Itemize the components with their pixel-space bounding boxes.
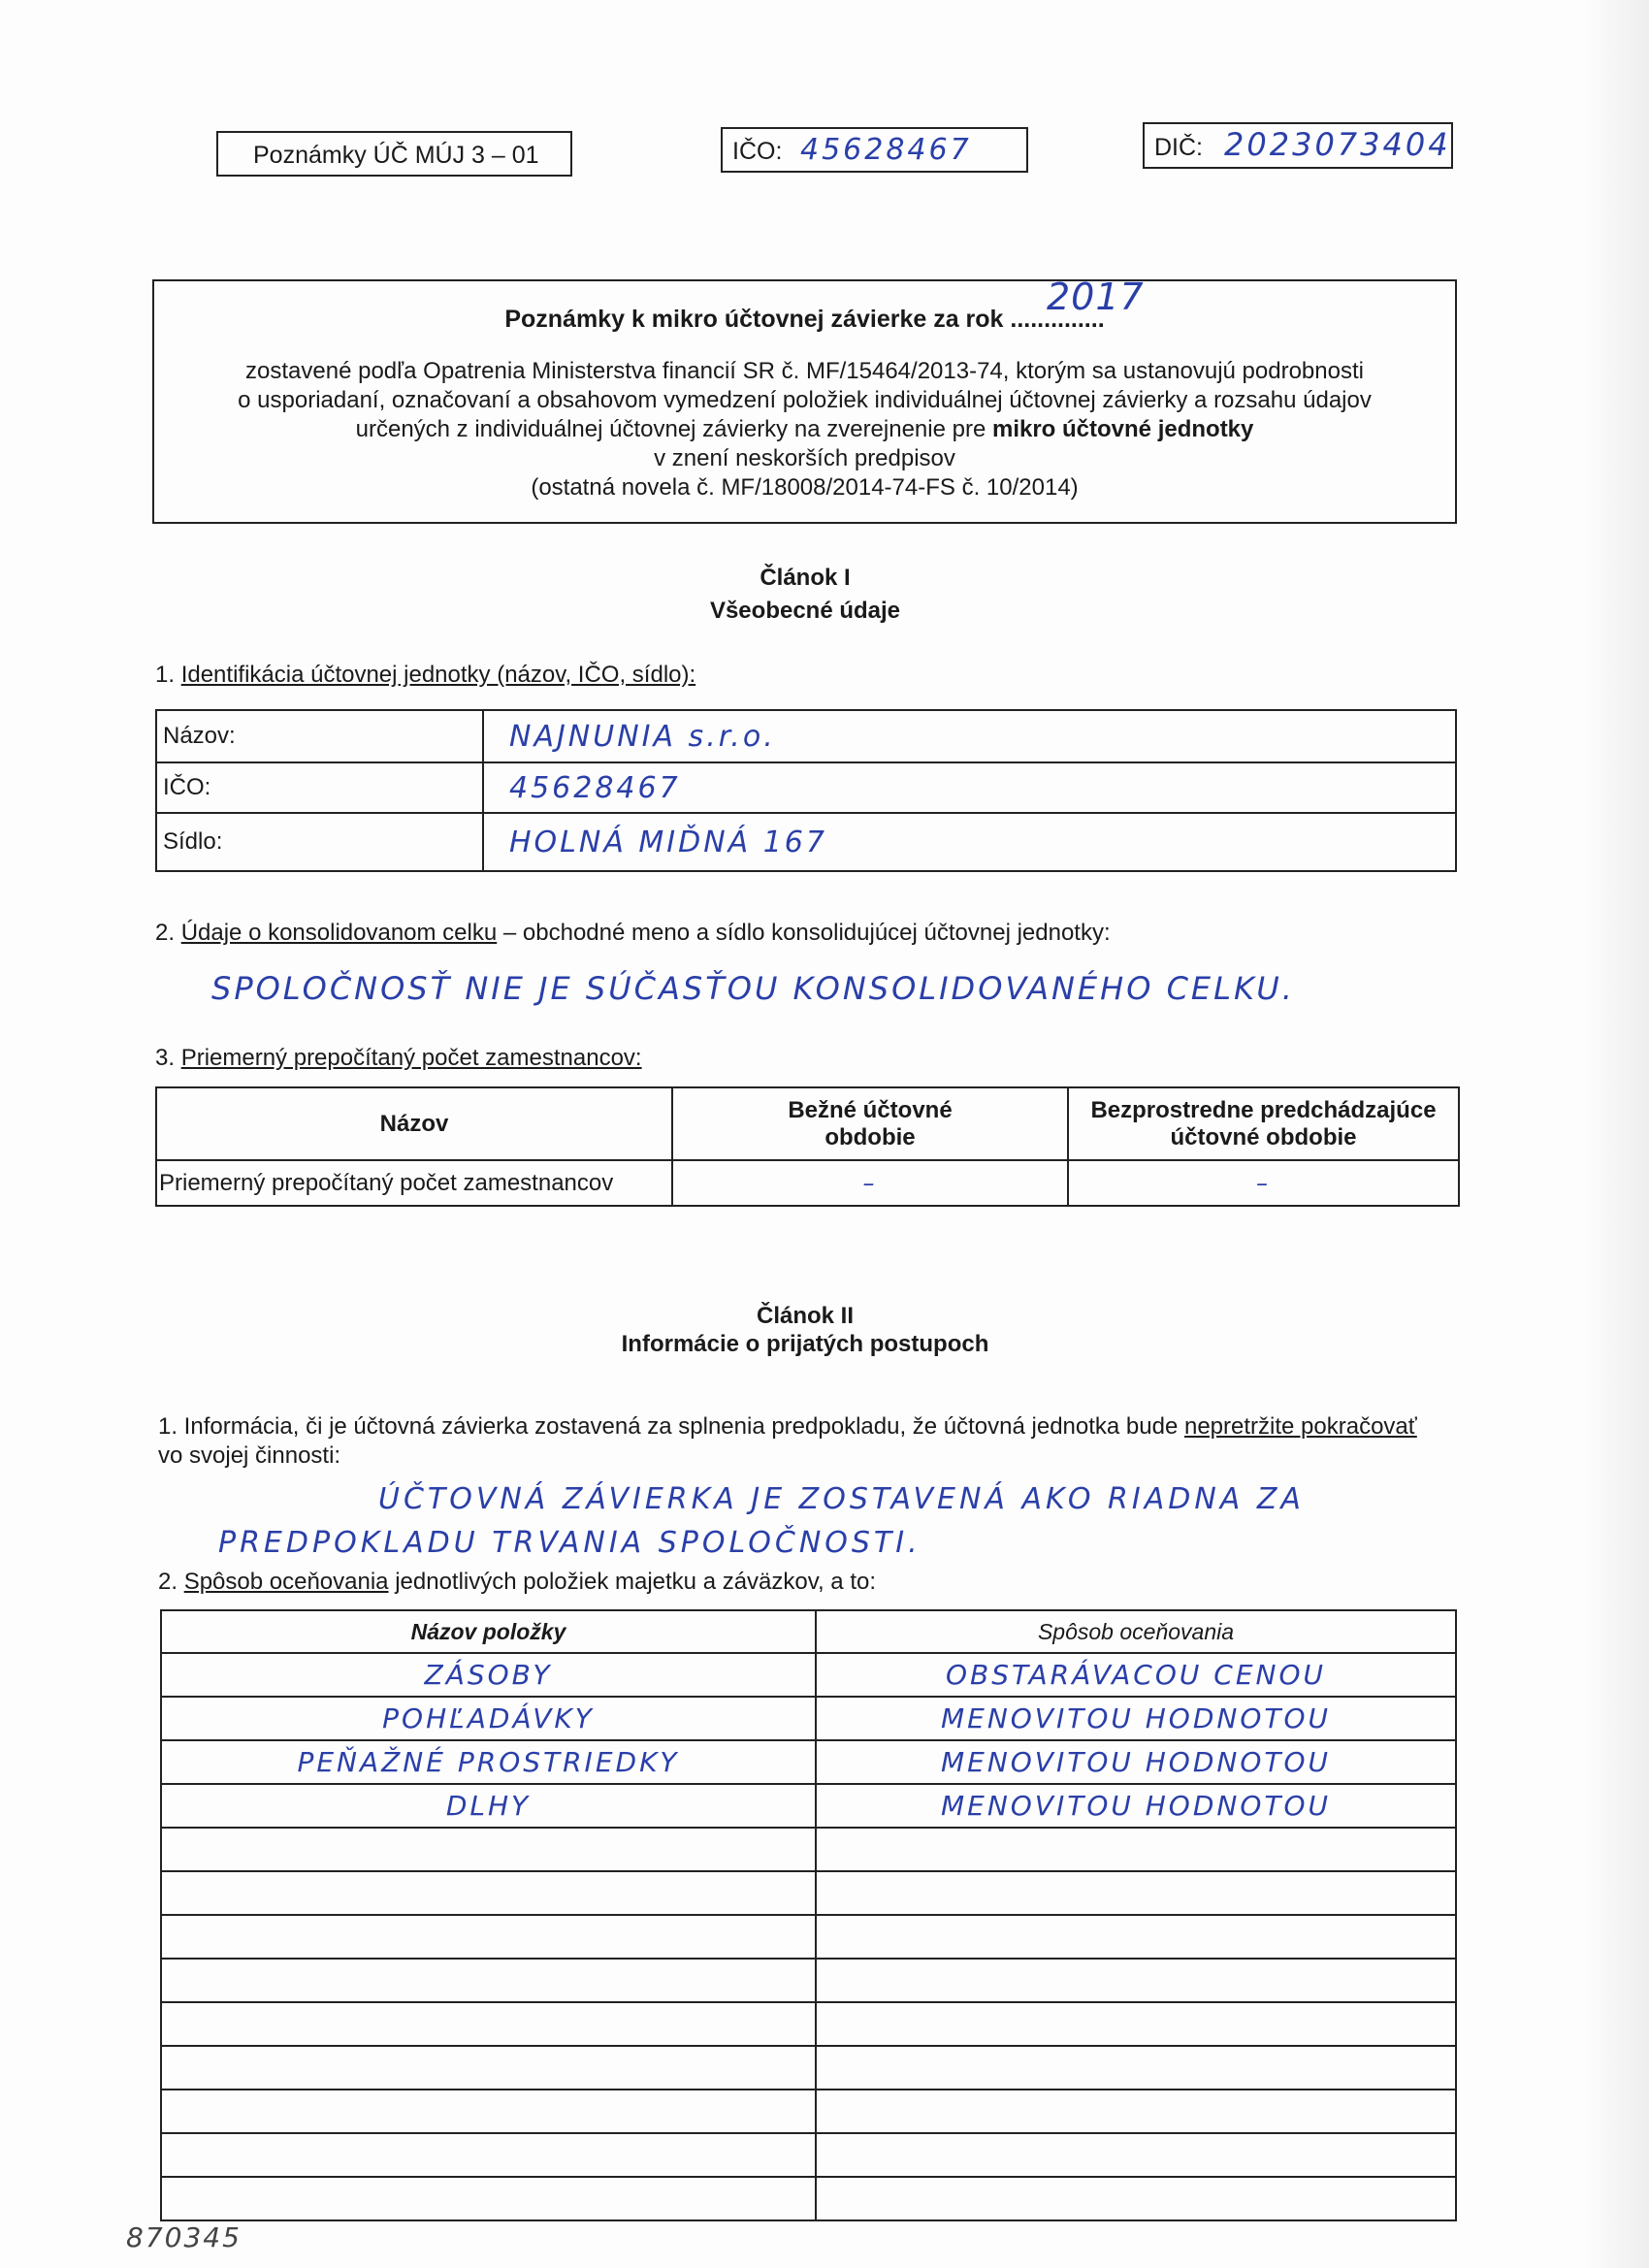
consolidation-answer: SPOLOČNOSŤ NIE JE SÚČASŤOU KONSOLIDOVANÉ… <box>211 970 1295 1007</box>
item-name-cell: DLHY <box>161 1784 816 1828</box>
form-code: Poznámky ÚČ MÚJ 3 – 01 <box>253 142 539 170</box>
seat-value: HOLNÁ MIĎNÁ 167 <box>483 813 1456 871</box>
item3-heading: 3. Priemerný prepočítaný počet zamestnan… <box>155 1045 642 1072</box>
employees-row-label: Priemerný prepočítaný počet zamestnancov <box>156 1160 672 1206</box>
ico-box: IČO: 45628467 <box>721 127 1028 173</box>
legal-basis-line2: o usporiadaní, označovaní a obsahovom vy… <box>154 386 1455 415</box>
dic-value: 2023073404 <box>1224 126 1451 163</box>
article1-subtitle: Všeobecné údaje <box>0 598 1630 625</box>
valuation-method-cell <box>816 2177 1456 2220</box>
col-header-item: Názov položky <box>161 1610 816 1653</box>
item-name-cell: PEŇAŽNÉ PROSTRIEDKY <box>161 1740 816 1784</box>
name-label: Názov: <box>156 710 483 762</box>
item-name-cell: POHĽADÁVKY <box>161 1697 816 1740</box>
table-row <box>161 2002 1456 2046</box>
legal-basis-line5: (ostatná novela č. MF/18008/2014-74-FS č… <box>154 473 1455 502</box>
seat-label: Sídlo: <box>156 813 483 871</box>
valuation-method-cell <box>816 2090 1456 2133</box>
item-name-cell <box>161 2002 816 2046</box>
table-row: Priemerný prepočítaný počet zamestnancov… <box>156 1160 1459 1206</box>
table-row: Sídlo: HOLNÁ MIĎNÁ 167 <box>156 813 1456 871</box>
employees-table: Názov Bežné účtovné obdobie Bezprostredn… <box>155 1086 1460 1207</box>
col-header-name: Názov <box>156 1087 672 1160</box>
col-header-current: Bežné účtovné obdobie <box>672 1087 1068 1160</box>
table-row: DLHYMENOVITOU HODNOTOU <box>161 1784 1456 1828</box>
table-row <box>161 2046 1456 2090</box>
ico-row-label: IČO: <box>156 762 483 813</box>
article2-title: Článok II <box>0 1303 1630 1330</box>
notes-heading: Poznámky k mikro účtovnej závierke za ro… <box>154 305 1455 334</box>
col-header-method: Spôsob oceňovania <box>816 1610 1456 1653</box>
table-row: POHĽADÁVKYMENOVITOU HODNOTOU <box>161 1697 1456 1740</box>
valuation-method-cell <box>816 1915 1456 1959</box>
table-row: PEŇAŽNÉ PROSTRIEDKYMENOVITOU HODNOTOU <box>161 1740 1456 1784</box>
scan-edge-shadow <box>1581 0 1649 2268</box>
table-header-row: Názov Bežné účtovné obdobie Bezprostredn… <box>156 1087 1459 1160</box>
item-name-cell <box>161 1959 816 2002</box>
item1-heading: 1. Identifikácia účtovnej jednotky (názo… <box>155 662 695 689</box>
employees-current-value: – <box>672 1160 1068 1206</box>
valuation-method-cell <box>816 1871 1456 1915</box>
item-name-cell <box>161 2133 816 2177</box>
going-concern-question: 1. Informácia, či je účtovná závierka zo… <box>158 1412 1477 1471</box>
ico-label: IČO: <box>732 138 782 166</box>
identification-table: Názov: NAJNUNIA s.r.o. IČO: 45628467 Síd… <box>155 709 1457 872</box>
table-header-row: Názov položky Spôsob oceňovania <box>161 1610 1456 1653</box>
name-value: NAJNUNIA s.r.o. <box>483 710 1456 762</box>
going-concern-answer-line1: ÚČTOVNÁ ZÁVIERKA JE ZOSTAVENÁ AKO RIADNA… <box>378 1482 1305 1516</box>
handwritten-footer-number: 870345 <box>126 2221 242 2253</box>
table-row: ZÁSOBYOBSTARÁVACOU CENOU <box>161 1653 1456 1697</box>
article2-subtitle: Informácie o prijatých postupoch <box>0 1331 1630 1358</box>
item-name-cell <box>161 2090 816 2133</box>
dic-label: DIČ: <box>1154 134 1203 162</box>
table-row <box>161 1871 1456 1915</box>
legal-basis-line4: v znení neskorších predpisov <box>154 444 1455 473</box>
valuation-method-cell <box>816 2133 1456 2177</box>
table-row <box>161 1828 1456 1871</box>
legal-basis-line3: určených z individuálnej účtovnej závier… <box>154 415 1455 444</box>
item-name-cell: ZÁSOBY <box>161 1653 816 1697</box>
item-name-cell <box>161 1915 816 1959</box>
table-row <box>161 1915 1456 1959</box>
legal-basis-line1: zostavené podľa Opatrenia Ministerstva f… <box>154 357 1455 386</box>
valuation-method-cell <box>816 1959 1456 2002</box>
employees-previous-value: – <box>1068 1160 1459 1206</box>
col-header-previous: Bezprostredne predchádzajúce účtovné obd… <box>1068 1087 1459 1160</box>
item-name-cell <box>161 2046 816 2090</box>
ico-value: 45628467 <box>800 133 972 167</box>
item-name-cell <box>161 1871 816 1915</box>
table-row <box>161 2177 1456 2220</box>
valuation-method-cell <box>816 2002 1456 2046</box>
title-box: Poznámky k mikro účtovnej závierke za ro… <box>152 279 1457 524</box>
valuation-heading: 2. Spôsob oceňovania jednotlivých položi… <box>158 1569 876 1596</box>
table-row <box>161 1959 1456 2002</box>
valuation-method-cell <box>816 2046 1456 2090</box>
form-code-box: Poznámky ÚČ MÚJ 3 – 01 <box>216 131 572 177</box>
ico-row-value: 45628467 <box>483 762 1456 813</box>
going-concern-answer-line2: PREDPOKLADU TRVANIA SPOLOČNOSTI. <box>218 1526 921 1560</box>
valuation-method-cell: MENOVITOU HODNOTOU <box>816 1697 1456 1740</box>
valuation-table: Názov položky Spôsob oceňovania ZÁSOBYOB… <box>160 1609 1457 2221</box>
table-row: IČO: 45628467 <box>156 762 1456 813</box>
dic-box: DIČ: 2023073404 <box>1143 122 1453 169</box>
table-row: Názov: NAJNUNIA s.r.o. <box>156 710 1456 762</box>
item2-heading: 2. Údaje o konsolidovanom celku – obchod… <box>155 920 1111 947</box>
item-name-cell <box>161 2177 816 2220</box>
valuation-method-cell: OBSTARÁVACOU CENOU <box>816 1653 1456 1697</box>
valuation-method-cell: MENOVITOU HODNOTOU <box>816 1740 1456 1784</box>
article1-title: Článok I <box>0 565 1630 592</box>
item-name-cell <box>161 1828 816 1871</box>
table-row <box>161 2133 1456 2177</box>
year-value: 2017 <box>1047 275 1145 318</box>
valuation-method-cell: MENOVITOU HODNOTOU <box>816 1784 1456 1828</box>
valuation-method-cell <box>816 1828 1456 1871</box>
table-row <box>161 2090 1456 2133</box>
